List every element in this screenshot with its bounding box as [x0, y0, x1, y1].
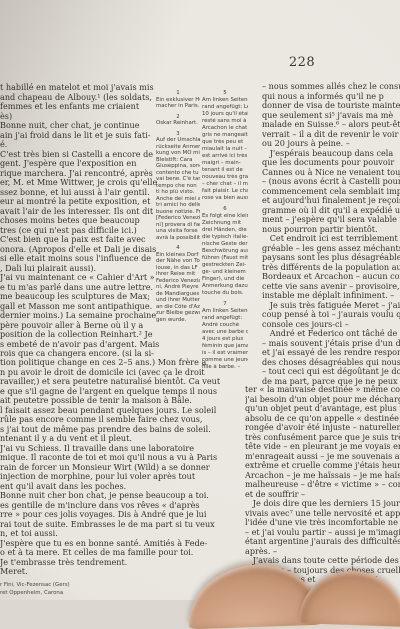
text-line: Je dois dire que les derniers 15 jours à…: [245, 499, 400, 509]
text-line: coup pensé à toi – j'aurais voulu que: [262, 310, 400, 320]
margin-notes-column-right: 5Am linken Seiten-rand angefügt: Les10 j…: [202, 90, 248, 375]
note-line: tenant il est de: [202, 167, 248, 174]
book-page-photo: 228 t habillé en matelot et moi j'avais …: [0, 0, 400, 600]
text-line: malade en Suisse.⁶ – alors peut-êt: [262, 120, 400, 130]
right-column-upper: – nous sommes allés chez le consuqui nou…: [262, 82, 400, 386]
note-line: Beschwörung aus-: [202, 248, 248, 255]
text-line: gramme où il dit qu'il a expédié un: [262, 206, 400, 216]
text-line: après. –: [245, 547, 400, 557]
note-line: macher in Paris.: [156, 103, 200, 110]
note-line: rose va bien aussi. –: [202, 195, 248, 202]
note-line: – cher chat – il m'a: [202, 181, 248, 188]
text-line: J'espérais beaucoup dans cela: [262, 149, 400, 159]
text-line: Meret.: [0, 567, 253, 577]
text-line: malheureuse – d'être « victime » – comme…: [245, 480, 400, 490]
note-line: avec une barbe de: [202, 329, 248, 336]
note-line: gestreckten Zei-: [202, 262, 248, 269]
text-line: ait peutetre possible de tenir la maison…: [0, 396, 253, 406]
note-line: rand angefügt:: [202, 315, 248, 322]
left-column-upper: t habillé en matelot et moi j'avais misa…: [0, 83, 161, 359]
margin-notes-column-left: 1Ein exklusiver Hut-macher in Paris.2Osk…: [156, 90, 200, 327]
text-line: qu'un objet peut d'avantage, est plus re…: [245, 404, 400, 414]
note-line: die typisch italie-: [202, 234, 248, 241]
margin-note: 1Ein exklusiver Hut-macher in Paris.: [156, 90, 200, 110]
text-line: s j'ai tout de même pas prendre des bain…: [0, 425, 253, 435]
note-line: Giuseppina, sono: [156, 163, 200, 170]
note-line: ihrer Reise mit: [156, 271, 200, 278]
text-line: es gentille de m'inclure dans vos rêves …: [0, 501, 253, 511]
text-line: – mais souvent j'étais prise d'un dém: [262, 339, 400, 349]
note-line: comme une jeune: [202, 357, 248, 364]
text-line: Je t'embrasse très tendrement.: [0, 558, 253, 568]
text-line: cette vie sans avenir – provisoire, an: [262, 282, 400, 292]
text-line: é.: [0, 140, 161, 150]
text-line: donner de visa de touriste mainte: [262, 101, 400, 111]
text-line: ou 20 jours à peine. –: [262, 139, 400, 149]
text-line: J'ai vu Schiess. Il travaille dans une l…: [0, 444, 253, 454]
text-line: dernier moins.) La semaine prochaine: [0, 311, 161, 321]
text-line: – nous sommes allés chez le consu: [262, 82, 400, 92]
note-line: fait plaisir. Le chat: [202, 188, 248, 195]
text-line: Bonne nuit cher bon chat, je pense beauc…: [0, 491, 253, 501]
note-line: est arrivé ici très: [202, 153, 248, 160]
text-line: position de la collection Reinhart.² Je: [0, 330, 161, 340]
text-line: si elle etait moins sous l'influence de: [0, 254, 161, 264]
note-line: und ihrer Mutter: [156, 297, 200, 304]
note-line: rand angefügt: Les: [202, 104, 248, 111]
text-line: extrême et cruelle comme j'étais heureus…: [245, 461, 400, 471]
text-line: injection de morphine, pour lui voler ap…: [0, 472, 253, 482]
text-line: ain j'ai froid dans le lit et je suis fa…: [0, 131, 161, 141]
text-line: ntenant il y a du vent et il pleut.: [0, 434, 253, 444]
note-line: maigri – main-: [202, 160, 248, 167]
text-line: nous pourron partir bientôt.: [262, 225, 400, 235]
text-line: rûle pas encore comme il semble faire ch…: [0, 415, 253, 425]
text-line: eur ai montré la petite exposition, et: [0, 197, 161, 207]
text-line: – tout ceci qui est dégoûtant je do: [262, 367, 400, 377]
note-line: Arcachon le chat: [202, 125, 248, 132]
text-line: absolu de ce qu'on appelle « destinée » …: [245, 414, 400, 424]
text-line: Cet endroit ici est terriblement: [262, 234, 400, 244]
note-line: una visita forse: [156, 228, 200, 235]
text-line: mique. Il raconte de toi et moi qu'il no…: [0, 453, 253, 463]
note-line: kung von MO mit: [156, 150, 200, 157]
text-line: femmes et les enfants me criaient: [0, 102, 161, 112]
note-line: 10 jours qu'il était: [202, 111, 248, 118]
text-line: – et j'ai voulu partir – aussi je m'imag…: [245, 528, 400, 538]
note-number: 6: [202, 206, 248, 213]
text-line: n, et toi aussi.: [0, 529, 253, 539]
text-line: rain de forcer un Monsieur Wirt (Wild) a…: [0, 463, 253, 473]
text-line: J'avais dans toute cette période des rêv…: [245, 556, 400, 566]
note-line: zur Bleibe gezwun-: [156, 310, 200, 317]
note-number: 5: [202, 90, 248, 97]
text-line: très différents de la population aut: [262, 263, 400, 273]
page-number: 228: [262, 55, 342, 70]
margin-note: 3Auf der Umschlag-rückseite Anmer-kung v…: [156, 131, 200, 242]
text-line: m'enrageait aussi – je me souvenais avec…: [245, 452, 400, 462]
note-line: gris ne mangeait: [202, 132, 248, 139]
note-line: ge- und kleinem: [202, 269, 248, 276]
note-line: féminin que jama-: [202, 343, 248, 350]
text-line: que seulement si⁵ j'avais ma mè: [262, 111, 400, 121]
note-line: resté sans moi à: [202, 118, 248, 125]
text-line: l'idée d'une vie très incomfortable ne m…: [245, 518, 400, 528]
text-line: instable me déplaît infiniment. –: [262, 291, 400, 301]
text-line: rongée d'avoir été injuste – naturelleme…: [245, 423, 400, 433]
note-line: führen (Faust mit: [202, 255, 248, 262]
left-column-lower: tion politique change en ces 2–5 ans.) M…: [0, 358, 253, 577]
text-line: rique marchera. J'ai rencontré, après: [0, 169, 161, 179]
note-line: que très peu et: [202, 139, 248, 146]
text-line: et de souffrir –: [245, 490, 400, 500]
note-line: 4 jours est plus: [202, 336, 248, 343]
text-line: étant argentine j'aurais des difficultés…: [245, 537, 400, 547]
text-line: père pouvoir aller à Berne où il y a: [0, 321, 161, 331]
text-line: ment – j'espère qu'il sera valable ici: [262, 215, 400, 225]
text-line: t habillé en matelot et moi j'avais mis: [0, 83, 161, 93]
text-line: e que s'il gagne de l'argent en quelque …: [0, 387, 253, 397]
text-line: rai tout de suite. Embrasses le de ma pa…: [0, 520, 253, 530]
note-line: tri amici ho delle: [156, 202, 200, 209]
text-line: avait l'air de les interesser. Ils ont d…: [0, 207, 161, 217]
note-line: Anmerkung dazu:: [202, 283, 248, 290]
text-line: choses moins betes que beaucoup: [0, 216, 161, 226]
text-line: Arcachon – je me haïssais – je me haïssa…: [245, 471, 400, 481]
text-line: que les documents pour pouvoir: [262, 158, 400, 168]
note-line: miaulait la nuit – il: [202, 146, 248, 153]
text-line: qui nous a informés qu'il ne p: [262, 92, 400, 102]
note-line: der Nähe von Tou-: [156, 258, 200, 265]
text-line: e tu m'as parlé dans une autre lettre.: [0, 283, 161, 293]
text-line: commencement cela semblait impo: [262, 187, 400, 197]
text-line: s embeté de n'avoir pas d'argent. Mais: [0, 340, 161, 350]
note-line: avrà la possibilità.: [156, 235, 200, 242]
text-line: C'est très bien si Castelli a encore de: [0, 150, 161, 160]
note-line: nouveau très gras: [202, 174, 248, 181]
text-line: , Dali lui plairait aussi).: [0, 264, 161, 274]
text-line: rre » pour ces jolis voyages. Dis à Andr…: [0, 510, 253, 520]
text-line: gent. J'espère que l'exposition en: [0, 159, 161, 169]
text-line: et j'ai essayé de les rendre respon: [262, 348, 400, 358]
note-line: fille à barbe. –: [202, 364, 248, 371]
note-line: ti ho più visto.: [156, 189, 200, 196]
text-line: console ces jours-ci –: [262, 320, 400, 330]
margin-note: 5Am linken Seiten-rand angefügt: Les10 j…: [202, 90, 248, 202]
text-line: me beaucoup les sculptures de Max;: [0, 292, 161, 302]
note-line: Finger), und die: [202, 276, 248, 283]
note-line: is – il est vraiment: [202, 350, 248, 357]
text-line: très confusément parce que je suis très …: [245, 433, 400, 443]
note-line: touche du bois.: [202, 290, 248, 297]
text-line: er, M. et Mme Wittwer, je crois qu'elle: [0, 178, 161, 188]
text-line: tres (ce qui n'est pas difficile ici.): [0, 226, 161, 236]
text-line: J'espère que tu es en bonne santé. Amiti…: [0, 539, 253, 549]
note-line: ni, André Pieyre: [156, 284, 200, 291]
text-line: ter « la mauvaise destinée » même contre…: [245, 385, 400, 395]
text-line: et aujourd'hui finalement je reçois u: [262, 196, 400, 206]
margin-note: 7Am linken Seiten-rand angefügt:André co…: [202, 301, 248, 371]
text-line: gall et Masson me sont antipathique.: [0, 302, 161, 312]
text-line: paysans sont les plus désagréables d: [262, 253, 400, 263]
note-line: André couché: [202, 322, 248, 329]
text-line: Cannes ou à Nice ne venaient toujo: [262, 168, 400, 178]
text-line: C'est bien que la paix est faite avec: [0, 235, 161, 245]
note-line: nische Geste der: [202, 241, 248, 248]
note-number: 7: [202, 301, 248, 308]
text-line: ssez bonne, et lui aussi à l'air gentil.: [0, 188, 161, 198]
text-line: ès): [0, 112, 161, 122]
text-line: J'ai vu maintenant ce « Cahier d'Art »: [0, 273, 161, 283]
text-line: onora. (Apropos d'elle et Dali je disais: [0, 245, 161, 255]
note-line: Zeichnung mit: [202, 220, 248, 227]
note-line: Am linken Seiten-: [202, 97, 248, 104]
text-line: tête vide – en pleurant je me voyais enl…: [245, 442, 400, 452]
text-line: Je suis très fatiguée Meret – j'ai: [262, 301, 400, 311]
text-line: ent qu'il avait dans les poches.: [0, 482, 253, 492]
text-line: l faisait assez beau pendant quelques jo…: [0, 406, 253, 416]
margin-note: 4Ein kleines Dorf inder Nähe von Tou-lou…: [156, 245, 200, 323]
text-line: r Fini, Vic-Fezensac (Gers): [0, 581, 170, 589]
text-line: André et Federico ont tâché de: [262, 329, 400, 339]
note-line: [Federico Venezia-: [156, 215, 200, 222]
note-line: vai bene. C'è tanto: [156, 176, 200, 183]
text-line: o et à ta mere. Et celles de ma famille …: [0, 548, 253, 558]
note-line: Es folgt eine kleine: [202, 213, 248, 220]
text-line: verrait – il a dit de revenir le voir d: [262, 130, 400, 140]
text-line: des choses désagréables qui nous ar: [262, 358, 400, 368]
text-line: vivais avec⁷ une telle nervosité et appr…: [245, 509, 400, 519]
text-line: and chapeau de Albouy.¹ (les soldats,: [0, 93, 161, 103]
text-line: ravailler,) et sera peutetre naturalisé …: [0, 377, 253, 387]
note-line: Oskar Reinhart.: [156, 120, 200, 127]
text-line: – (nous avons écrit à Castelli pour c: [262, 177, 400, 187]
note-line: drei Händen, die: [202, 227, 248, 234]
text-line: gréable – les gens assez méchants: [262, 244, 400, 254]
margin-note: 2Oskar Reinhart.: [156, 114, 200, 127]
margin-note: 6Es folgt eine kleineZeichnung mitdrei H…: [202, 206, 248, 297]
text-line: j'ai besoin d'un objet pour me décharger…: [245, 395, 400, 405]
letter-source-caption: r Fini, Vic-Fezensac (Gers)ret Oppenheim…: [0, 581, 170, 597]
note-line: gen wurde.: [156, 317, 200, 324]
note-line: Am linken Seiten-: [202, 308, 248, 315]
note-line: Auf der Umschlag-: [156, 137, 200, 144]
text-line: Bordeaux et Arcachon – aucun con: [262, 272, 400, 282]
text-line: ret Oppenheim, Carona: [0, 589, 170, 597]
text-line: Bonne nuit, cher chat, je continue: [0, 121, 161, 131]
